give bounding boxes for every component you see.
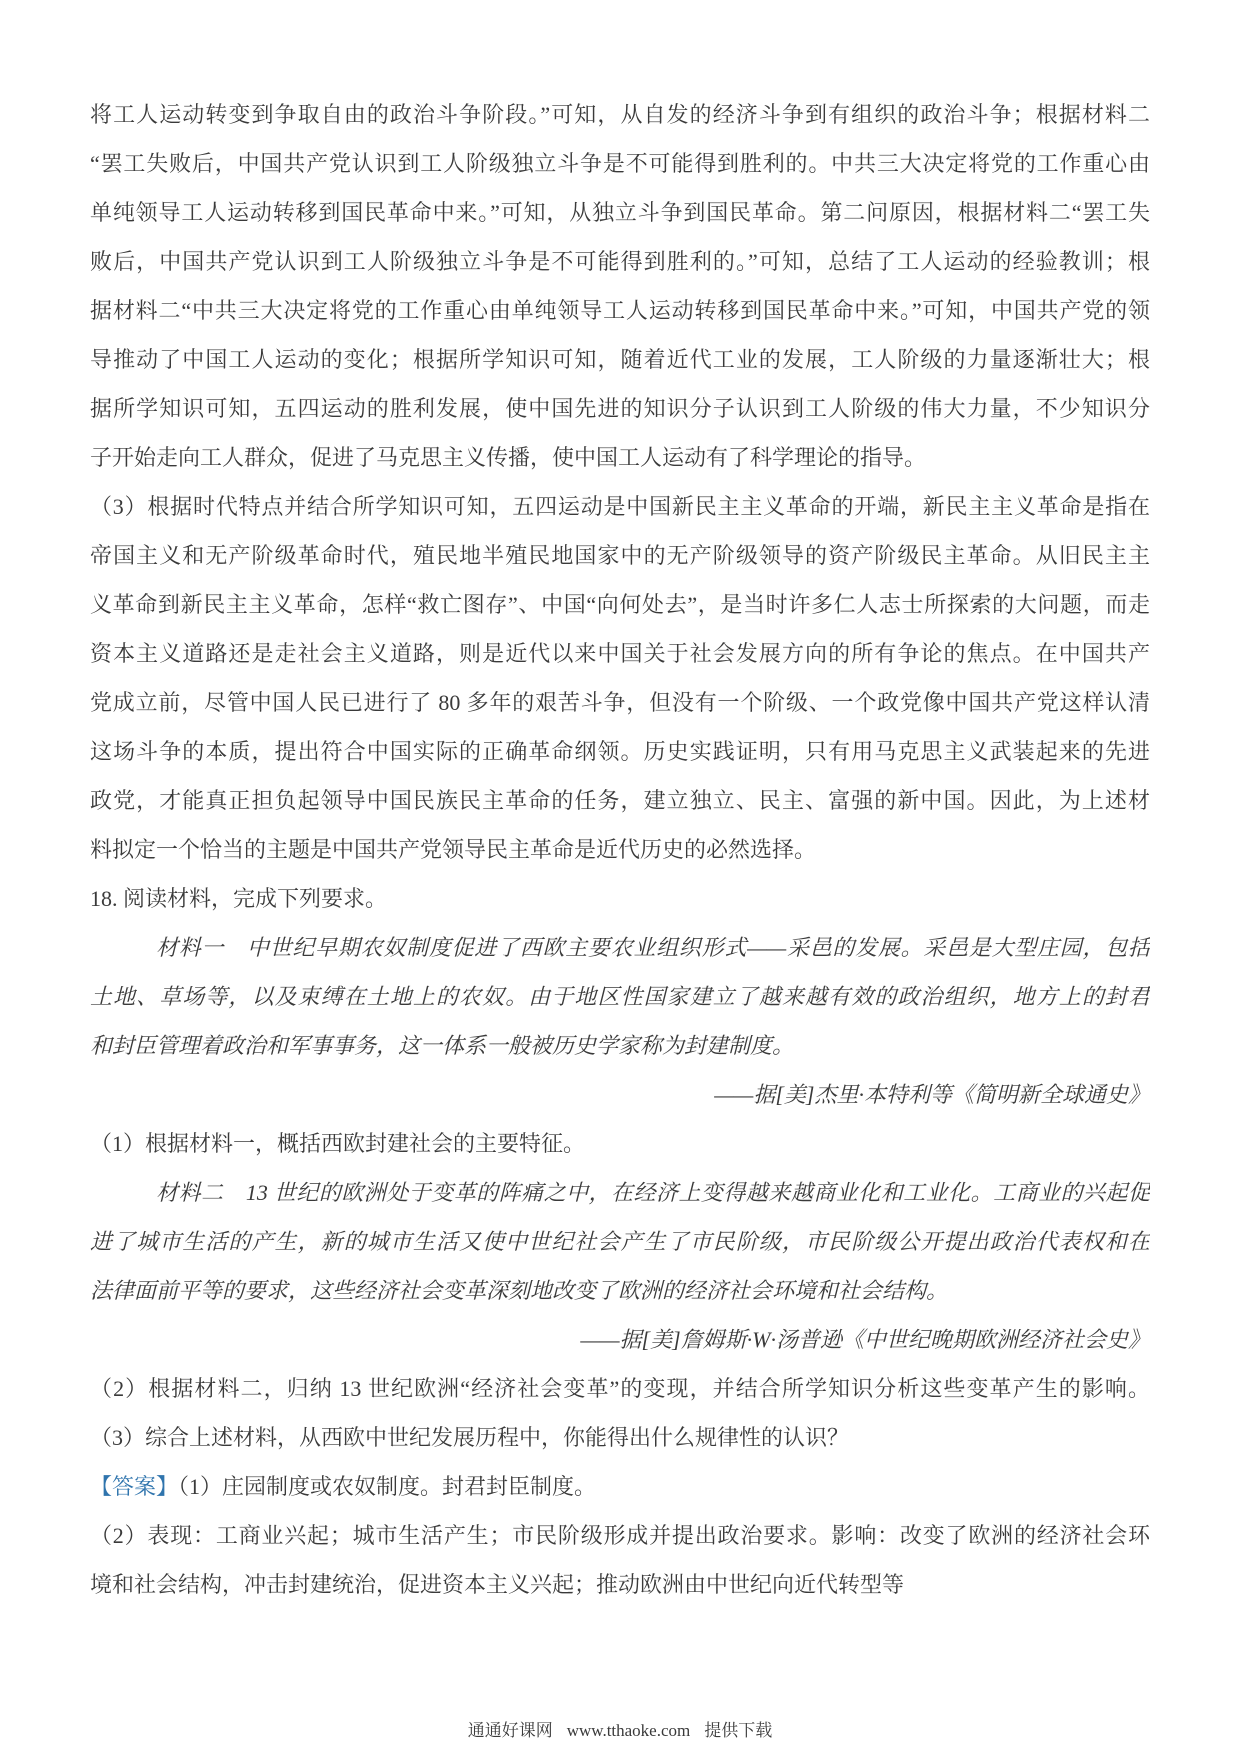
answer-point-2-line: 境和社会结构，冲击封建统治，促进资本主义兴起；推动欧洲由中世纪向近代转型等 (90, 1560, 1150, 1609)
footer-url: www.tthaoke.com (567, 1721, 691, 1740)
analysis-point-3-line: （3）根据时代特点并结合所学知识可知，五四运动是中国新民主主义革命的开端，新民主… (90, 482, 1150, 531)
material-2-paragraph-line: 进了城市生活的产生，新的城市生活又使中世纪社会产生了市民阶级，市民阶级公开提出政… (90, 1217, 1150, 1266)
question-2-prompt: （2）根据材料二，归纳 13 世纪欧洲“经济社会变革”的变现，并结合所学知识分析… (90, 1364, 1150, 1413)
material-1-paragraph-line: 土地、草场等，以及束缚在土地上的农奴。由于地区性国家建立了越来越有效的政治组织，… (90, 972, 1150, 1021)
question-1-prompt: （1）根据材料一，概括西欧封建社会的主要特征。 (90, 1119, 1150, 1168)
material-2-paragraph-line: 法律面前平等的要求，这些经济社会变革深刻地改变了欧洲的经济社会环境和社会结构。 (90, 1266, 1150, 1315)
page-footer: 通通好课网www.tthaoke.com提供下载 (0, 1718, 1240, 1744)
analysis-text-line: 据材料二“中共三大决定将党的工作重心由单纯领导工人运动转移到国民革命中来。”可知… (90, 286, 1150, 335)
analysis-text-line: 据所学知识可知，五四运动的胜利发展，使中国先进的知识分子认识到工人阶级的伟大力量… (90, 384, 1150, 433)
analysis-point-3-line: 义革命到新民主主义革命，怎样“救亡图存”、中国“向何处去”，是当时许多仁人志士所… (90, 580, 1150, 629)
document-body: 将工人运动转变到争取自由的政治斗争阶段。”可知，从自发的经济斗争到有组织的政治斗… (90, 90, 1150, 1609)
analysis-text-line: 子开始走向工人群众，促进了马克思主义传播，使中国工人运动有了科学理论的指导。 (90, 433, 1150, 482)
analysis-text-line: 单纯领导工人运动转移到国民革命中来。”可知，从独立斗争到国民革命。第二问原因，根… (90, 188, 1150, 237)
analysis-text-line: “罢工失败后，中国共产党认识到工人阶级独立斗争是不可能得到胜利的。中共三大决定将… (90, 139, 1150, 188)
question-18-heading: 18. 阅读材料，完成下列要求。 (90, 874, 1150, 923)
material-1-paragraph-line: 和封臣管理着政治和军事事务，这一体系一般被历史学家称为封建制度。 (90, 1021, 1150, 1070)
answer-line: 【答案】（1）庄园制度或农奴制度。封君封臣制度。 (90, 1462, 1150, 1511)
answer-label: 【答案】 (90, 1474, 178, 1499)
answer-point-2-line: （2）表现：工商业兴起；城市生活产生；市民阶级形成并提出政治要求。影响：改变了欧… (90, 1511, 1150, 1560)
analysis-point-3-line: 料拟定一个恰当的主题是中国共产党领导民主革命是近代历史的必然选择。 (90, 825, 1150, 874)
footer-site-name: 通通好课网 (468, 1721, 553, 1740)
analysis-text-line: 败后，中国共产党认识到工人阶级独立斗争是不可能得到胜利的。”可知，总结了工人运动… (90, 237, 1150, 286)
analysis-point-3-line: 这场斗争的本质，提出符合中国实际的正确革命纲领。历史实践证明，只有用马克思主义武… (90, 727, 1150, 776)
analysis-point-3-line: 党成立前，尽管中国人民已进行了 80 多年的艰苦斗争，但没有一个阶级、一个政党像… (90, 678, 1150, 727)
material-1-source-citation: ——据[美]杰里·本特利等《简明新全球通史》 (90, 1070, 1150, 1119)
document-page: 将工人运动转变到争取自由的政治斗争阶段。”可知，从自发的经济斗争到有组织的政治斗… (0, 0, 1240, 1754)
analysis-point-3-line: 帝国主义和无产阶级革命时代，殖民地半殖民地国家中的无产阶级领导的资产阶级民主革命… (90, 531, 1150, 580)
analysis-point-3-line: 资本主义道路还是走社会主义道路，则是近代以来中国关于社会发展方向的所有争论的焦点… (90, 629, 1150, 678)
analysis-text-line: 导推动了中国工人运动的变化；根据所学知识可知，随着近代工业的发展，工人阶级的力量… (90, 335, 1150, 384)
analysis-point-3-line: 政党，才能真正担负起领导中国民族民主革命的任务，建立独立、民主、富强的新中国。因… (90, 776, 1150, 825)
material-1-paragraph-line: 材料一 中世纪早期农奴制度促进了西欧主要农业组织形式——采邑的发展。采邑是大型庄… (90, 923, 1150, 972)
question-3-prompt: （3）综合上述材料，从西欧中世纪发展历程中，你能得出什么规律性的认识？ (90, 1413, 1150, 1462)
analysis-text-line: 将工人运动转变到争取自由的政治斗争阶段。”可知，从自发的经济斗争到有组织的政治斗… (90, 90, 1150, 139)
material-2-paragraph-line: 材料二 13 世纪的欧洲处于变革的阵痛之中，在经济上变得越来越商业化和工业化。工… (90, 1168, 1150, 1217)
footer-download-text: 提供下载 (704, 1721, 772, 1740)
answer-point-1-text: （1）庄园制度或农奴制度。封君封臣制度。 (178, 1474, 596, 1499)
material-2-source-citation: ——据[美]詹姆斯·W·汤普逊《中世纪晚期欧洲经济社会史》 (90, 1315, 1150, 1364)
